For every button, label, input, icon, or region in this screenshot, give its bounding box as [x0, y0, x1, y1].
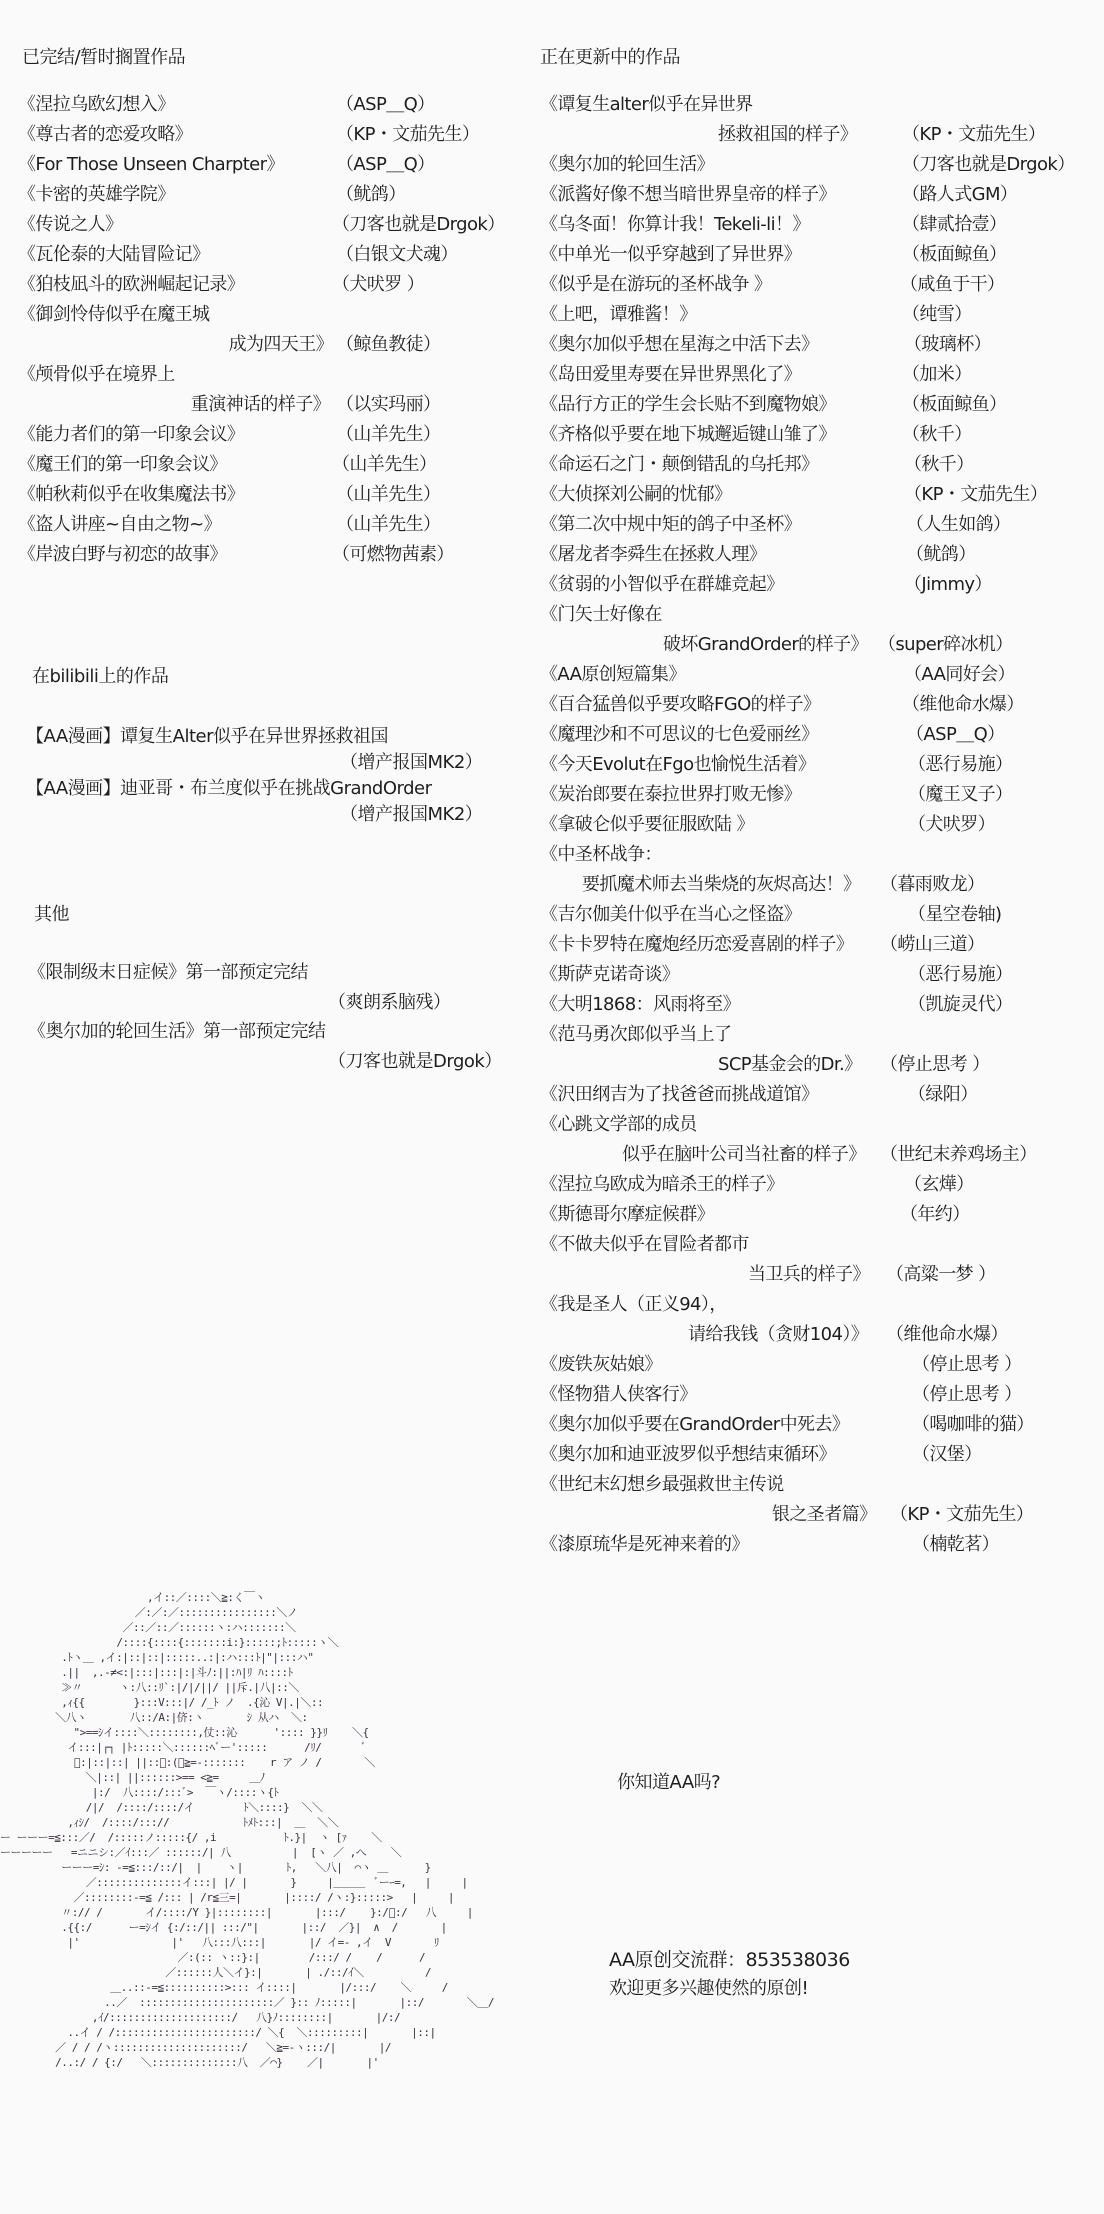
work-author: （肆贰拾壹） [902, 210, 1006, 240]
work-title: 《涅拉乌欧幻想入》 [18, 90, 175, 120]
work-author: （年约） [900, 1200, 970, 1230]
work-title: 《范马勇次郎似乎当上了 [540, 1020, 731, 1050]
list-item: 《谭复生alter似乎在异世界 [540, 90, 1100, 120]
work-author: （KP・文茄先生） [336, 120, 479, 150]
work-author: （楠乾茗） [912, 1530, 999, 1560]
work-title: 《岸波白野与初恋的故事》 [18, 540, 227, 570]
list-item-continued: 成为四天王》（鲸鱼教徒） [18, 330, 528, 360]
list-item-continued: 重演神话的样子》（以实玛丽） [18, 390, 528, 420]
list-item: 《卡密的英雄学院》（鱿鸽） [18, 180, 528, 210]
work-author: （鱿鸽） [906, 540, 976, 570]
list-item: 《大侦探刘公嗣的忧郁》（KP・文茄先生） [540, 480, 1100, 510]
work-title-cont: SCP基金会的Dr.》 [718, 1050, 862, 1080]
work-title-cont: 当卫兵的样子》 [748, 1260, 870, 1290]
work-title-cont: 银之圣者篇》 [772, 1500, 876, 1530]
list-item: 《瓦伦泰的大陆冒险记》（白银文犬魂） [18, 240, 528, 270]
work-title: 《颅骨似乎在境界上 [18, 360, 175, 390]
work-title: 《漆原琉华是死神来着的》 [540, 1530, 749, 1560]
work-author: （凯旋灵代） [908, 990, 1012, 1020]
work-author: （刀客也就是Drgok） [902, 150, 1075, 180]
work-author: （ASP＿Q） [906, 720, 1005, 750]
work-title: 《怪物猎人侠客行》 [540, 1380, 697, 1410]
work-author: （恶行易施） [908, 960, 1012, 990]
list-item: 《今天Evolut在Fgo也愉悦生活着》（恶行易施） [540, 750, 1100, 780]
work-title: 《奥尔加的轮回生活》 [540, 150, 714, 180]
work-author: （崂山三道） [880, 930, 984, 960]
work-author: （绿阳） [908, 1080, 978, 1110]
work-title: 《中圣杯战争： [540, 840, 662, 870]
work-title: 《大侦探刘公嗣的忧郁》 [540, 480, 731, 510]
work-title-cont: 要抓魔术师去当柴烧的灰烬高达！》 [582, 870, 860, 900]
list-item-continued: SCP基金会的Dr.》（停止思考 ） [540, 1050, 1100, 1080]
list-item: 《For Those Unseen Charpter》（ASP＿Q） [18, 150, 528, 180]
work-author: （KP・文茄先生） [904, 480, 1047, 510]
work-title: 《盗人讲座~自由之物~》 [18, 510, 221, 540]
work-author: （Jimmy） [904, 570, 992, 600]
list-item: 《齐格似乎要在地下城邂逅键山雏了》（秋千） [540, 420, 1100, 450]
work-author: （山羊先生） [336, 420, 440, 450]
work-author: （加米） [902, 360, 972, 390]
list-item: 《我是圣人（正义94）， [540, 1290, 1100, 1320]
list-item: 《贫弱的小智似乎在群雄竞起》（Jimmy） [540, 570, 1100, 600]
bilibili-item-title: 【AA漫画】谭复生Alter似乎在异世界拯救祖国 [26, 722, 388, 752]
work-title: 《斯德哥尔摩症候群》 [540, 1200, 714, 1230]
list-item: 《大明1868：风雨将至》（凯旋灵代） [540, 990, 1100, 1020]
list-item: 《中圣杯战争： [540, 840, 1100, 870]
work-author: （咸鱼于干） [900, 270, 1004, 300]
list-item: 《传说之人》（刀客也就是Drgok） [18, 210, 528, 240]
completed-header: 已完结/暂时搁置作品 [22, 43, 185, 73]
other-item-author: （爽朗系脑残） [328, 988, 451, 1018]
work-author: （板面鲸鱼） [902, 390, 1006, 420]
ascii-art-illustration: ,イ::／::::＼≧:く￣ヽ ／:／:／::::::::::::::::＼ノ … [0, 1590, 560, 2210]
work-author: （ASP＿Q） [336, 90, 435, 120]
work-title: 《沢田纲吉为了找爸爸而挑战道馆》 [540, 1080, 818, 1110]
work-title: 《今天Evolut在Fgo也愉悦生活着》 [540, 750, 815, 780]
list-item: 《狛枝凪斗的欧洲崛起记录》（犬吠罗 ） [18, 270, 528, 300]
work-title: 《似乎是在游玩的圣杯战争 》 [540, 270, 771, 300]
work-title: 《传说之人》 [18, 210, 122, 240]
list-item: 《拿破仑似乎要征服欧陆 》（犬吠罗） [540, 810, 1100, 840]
work-title: 《瓦伦泰的大陆冒险记》 [18, 240, 209, 270]
list-item: 《品行方正的学生会长贴不到魔物娘》（板面鲸鱼） [540, 390, 1100, 420]
list-item: 《命运石之门・颠倒错乱的乌托邦》（秋千） [540, 450, 1100, 480]
list-item: 《能力者们的第一印象会议》（山羊先生） [18, 420, 528, 450]
work-title-cont: 成为四天王》 [229, 330, 333, 360]
list-item: 《奥尔加似乎要在GrandOrder中死去》（喝咖啡的猫） [540, 1410, 1100, 1440]
work-title: 《拿破仑似乎要征服欧陆 》 [540, 810, 754, 840]
work-author: （玻璃杯） [904, 330, 991, 360]
list-item: 《乌冬面！你算计我！Tekeli-li！》（肆贰拾壹） [540, 210, 1100, 240]
work-title: 《卡卡罗特在魔炮经历恋爱喜剧的样子》 [540, 930, 853, 960]
work-author: （人生如鸽） [906, 510, 1010, 540]
work-author: （可燃物茜素） [332, 540, 454, 570]
work-title: 《帕秋莉似乎在收集魔法书》 [18, 480, 244, 510]
work-title: 《奥尔加和迪亚波罗似乎想结束循环》 [540, 1440, 836, 1470]
work-title: 《涅拉乌欧成为暗杀王的样子》 [540, 1170, 784, 1200]
work-title: 《魔王们的第一印象会议》 [18, 450, 227, 480]
list-item: 《涅拉乌欧成为暗杀王的样子》（玄燁） [540, 1170, 1100, 1200]
work-title: 《中单光一似乎穿越到了异世界》 [540, 240, 801, 270]
list-item: 《范马勇次郎似乎当上了 [540, 1020, 1100, 1050]
work-title: 《世纪末幻想乡最强救世主传说 [540, 1470, 784, 1500]
work-author: （AA同好会） [904, 660, 1015, 690]
work-title: 《魔理沙和不可思议的七色爱丽丝》 [540, 720, 818, 750]
work-author: （停止思考 ） [912, 1380, 1022, 1410]
work-title-cont: 重演神话的样子》 [191, 390, 330, 420]
other-item-title: 《奥尔加的轮回生活》第一部预定完结 [28, 1017, 326, 1047]
list-item: 《废铁灰姑娘》（停止思考 ） [540, 1350, 1100, 1380]
list-item: 《岸波白野与初恋的故事》（可燃物茜素） [18, 540, 528, 570]
list-item: 《怪物猎人侠客行》（停止思考 ） [540, 1380, 1100, 1410]
work-title: 《岛田爱里寿要在异世界黑化了》 [540, 360, 801, 390]
completed-list: 《涅拉乌欧幻想入》（ASP＿Q） 《尊古者的恋爱攻略》（KP・文茄先生） 《Fo… [18, 90, 528, 570]
list-item: 《派酱好像不想当暗世界皇帝的样子》（路人式GM） [540, 180, 1100, 210]
work-title-cont: 似乎在脑叶公司当社畜的样子》 [622, 1140, 866, 1170]
work-author: （高粱一梦 ） [886, 1260, 996, 1290]
work-title: 《门矢士好像在 [540, 600, 662, 630]
work-title: 《御剑怜侍似乎在魔王城 [18, 300, 209, 330]
work-author: （犬吠罗 ） [332, 270, 424, 300]
list-item: 《魔王们的第一印象会议》（山羊先生） [18, 450, 528, 480]
other-item-title: 《限制级末日症候》第一部预定完结 [28, 958, 308, 988]
list-item-continued: 拯救祖国的样子》（KP・文茄先生） [540, 120, 1100, 150]
qq-group-line: AA原创交流群：853538036 [609, 1945, 850, 1975]
work-author: （鱿鸽） [336, 180, 406, 210]
list-item: 《上吧，谭雅酱！》（纯雪） [540, 300, 1100, 330]
list-item: 《奥尔加和迪亚波罗似乎想结束循环》（汉堡） [540, 1440, 1100, 1470]
list-item: 《斯萨克诺奇谈》（恶行易施） [540, 960, 1100, 990]
work-author: （玄燁） [904, 1170, 974, 1200]
work-title: 《齐格似乎要在地下城邂逅键山雏了》 [540, 420, 836, 450]
work-author: （停止思考 ） [880, 1050, 990, 1080]
work-title: 《AA原创短篇集》 [540, 660, 686, 690]
list-item: 《卡卡罗特在魔炮经历恋爱喜剧的样子》（崂山三道） [540, 930, 1100, 960]
work-title: 《尊古者的恋爱攻略》 [18, 120, 192, 150]
work-author: （秋千） [904, 450, 974, 480]
list-item: 《世纪末幻想乡最强救世主传说 [540, 1470, 1100, 1500]
work-title: 《谭复生alter似乎在异世界 [540, 90, 753, 120]
work-title: 《能力者们的第一印象会议》 [18, 420, 244, 450]
list-item: 《奥尔加似乎想在星海之中活下去》（玻璃杯） [540, 330, 1100, 360]
work-title: 《卡密的英雄学院》 [18, 180, 175, 210]
list-item: 《涅拉乌欧幻想入》（ASP＿Q） [18, 90, 528, 120]
work-author: （秋千） [902, 420, 972, 450]
list-item-continued: 似乎在脑叶公司当社畜的样子》（世纪末养鸡场主） [540, 1140, 1100, 1170]
bilibili-header: 在bilibili上的作品 [32, 662, 168, 692]
work-title: 《命运石之门・颠倒错乱的乌托邦》 [540, 450, 818, 480]
list-item: 《漆原琉华是死神来着的》（楠乾茗） [540, 1530, 1100, 1560]
work-author: （山羊先生） [332, 450, 436, 480]
work-author: （维他命水爆） [886, 1320, 1008, 1350]
work-title: 《狛枝凪斗的欧洲崛起记录》 [18, 270, 244, 300]
work-title: 《吉尔伽美什似乎在当心之怪盗》 [540, 900, 801, 930]
work-title: 《大明1868：风雨将至》 [540, 990, 740, 1020]
work-author: （星空卷轴) [908, 900, 1001, 930]
work-author: （KP・文茄先生） [902, 120, 1045, 150]
work-author: （喝咖啡的猫） [912, 1410, 1034, 1440]
work-author: （鲸鱼教徒） [336, 330, 440, 360]
work-title: 《贫弱的小智似乎在群雄竞起》 [540, 570, 784, 600]
work-title: 《废铁灰姑娘》 [540, 1350, 662, 1380]
work-title: 《心跳文学部的成员 [540, 1110, 697, 1140]
work-author: （山羊先生） [336, 510, 440, 540]
work-author: （维他命水爆） [902, 690, 1024, 720]
work-author: （汉堡） [912, 1440, 982, 1470]
list-item: 《AA原创短篇集》（AA同好会） [540, 660, 1100, 690]
work-author: （以实玛丽） [336, 390, 440, 420]
other-header: 其他 [34, 900, 69, 930]
list-item: 《中单光一似乎穿越到了异世界》（板面鲸鱼） [540, 240, 1100, 270]
list-item: 《不做夫似乎在冒险者都市 [540, 1230, 1100, 1260]
welcome-line: 欢迎更多兴趣使然的原创! [609, 1974, 808, 2004]
list-item: 《魔理沙和不可思议的七色爱丽丝》（ASP＿Q） [540, 720, 1100, 750]
list-item: 《百合猛兽似乎要攻略FGO的样子》（维他命水爆） [540, 690, 1100, 720]
list-item: 《似乎是在游玩的圣杯战争 》（咸鱼于干） [540, 270, 1100, 300]
list-item: 《门矢士好像在 [540, 600, 1100, 630]
work-author: （ASP＿Q） [336, 150, 435, 180]
list-item: 《斯德哥尔摩症候群》（年约） [540, 1200, 1100, 1230]
work-title: 《我是圣人（正义94）， [540, 1290, 727, 1320]
list-item: 《沢田纲吉为了找爸爸而挑战道馆》（绿阳） [540, 1080, 1100, 1110]
list-item: 《心跳文学部的成员 [540, 1110, 1100, 1140]
work-title: 《斯萨克诺奇谈》 [540, 960, 679, 990]
work-author: （魔王叉子） [908, 780, 1012, 810]
work-title-cont: 破坏GrandOrder的样子》 [663, 630, 868, 660]
list-item: 《奥尔加的轮回生活》（刀客也就是Drgok） [540, 150, 1100, 180]
work-title: 《奥尔加似乎想在星海之中活下去》 [540, 330, 818, 360]
work-title: 《第二次中规中矩的鸽子中圣杯》 [540, 510, 801, 540]
promo-question: 你知道AA吗? [617, 1768, 720, 1798]
list-item-continued: 破坏GrandOrder的样子》（super碎冰机） [540, 630, 1100, 660]
work-title-cont: 拯救祖国的样子》 [718, 120, 857, 150]
list-item-continued: 要抓魔术师去当柴烧的灰烬高达！》（暮雨败龙） [540, 870, 1100, 900]
work-author: （纯雪） [902, 300, 972, 330]
list-item: 《吉尔伽美什似乎在当心之怪盗》（星空卷轴) [540, 900, 1100, 930]
list-item-continued: 当卫兵的样子》（高粱一梦 ） [540, 1260, 1100, 1290]
work-title: 《派酱好像不想当暗世界皇帝的样子》 [540, 180, 836, 210]
work-author: （暮雨败龙） [880, 870, 984, 900]
work-title: 《百合猛兽似乎要攻略FGO的样子》 [540, 690, 820, 720]
work-title: 《乌冬面！你算计我！Tekeli-li！》 [540, 210, 810, 240]
work-author: （KP・文茄先生） [890, 1500, 1033, 1530]
work-author: （板面鲸鱼） [902, 240, 1006, 270]
list-item-continued: 请给我钱（贪财104）》（维他命水爆） [540, 1320, 1100, 1350]
work-title: 《不做夫似乎在冒险者都市 [540, 1230, 749, 1260]
list-item: 《炭治郎要在泰拉世界打败无惨》（魔王叉子） [540, 780, 1100, 810]
list-item: 《尊古者的恋爱攻略》（KP・文茄先生） [18, 120, 528, 150]
work-title-cont: 请给我钱（贪财104）》 [688, 1320, 868, 1350]
list-item: 《岛田爱里寿要在异世界黑化了》（加米） [540, 360, 1100, 390]
work-title: 《炭治郎要在泰拉世界打败无惨》 [540, 780, 801, 810]
list-item: 《第二次中规中矩的鸽子中圣杯》（人生如鸽） [540, 510, 1100, 540]
work-author: （路人式GM） [902, 180, 1017, 210]
ongoing-list: 《谭复生alter似乎在异世界 拯救祖国的样子》（KP・文茄先生） 《奥尔加的轮… [540, 90, 1100, 1560]
work-author: （犬吠罗） [908, 810, 995, 840]
work-author: （白银文犬魂） [336, 240, 458, 270]
work-author: （停止思考 ） [912, 1350, 1022, 1380]
other-item-author: （刀客也就是Drgok） [328, 1047, 502, 1077]
list-item: 《屠龙者李舜生在拯救人理》（鱿鸽） [540, 540, 1100, 570]
work-author: （恶行易施） [908, 750, 1012, 780]
bilibili-item-author: （增产报国MK2） [340, 800, 482, 830]
work-author: （super碎冰机） [878, 630, 1013, 660]
work-title: 《上吧，谭雅酱！》 [540, 300, 697, 330]
work-title: 《屠龙者李舜生在拯救人理》 [540, 540, 766, 570]
ongoing-header: 正在更新中的作品 [540, 43, 680, 73]
work-title: 《品行方正的学生会长贴不到魔物娘》 [540, 390, 836, 420]
work-title: 《For Those Unseen Charpter》 [18, 150, 284, 180]
list-item: 《盗人讲座~自由之物~》（山羊先生） [18, 510, 528, 540]
work-author: （山羊先生） [336, 480, 440, 510]
list-item: 《颅骨似乎在境界上 [18, 360, 528, 390]
list-item: 《御剑怜侍似乎在魔王城 [18, 300, 528, 330]
work-author: （刀客也就是Drgok） [332, 210, 505, 240]
list-item: 《帕秋莉似乎在收集魔法书》（山羊先生） [18, 480, 528, 510]
list-item-continued: 银之圣者篇》（KP・文茄先生） [540, 1500, 1100, 1530]
work-author: （世纪末养鸡场主） [880, 1140, 1037, 1170]
work-title: 《奥尔加似乎要在GrandOrder中死去》 [540, 1410, 849, 1440]
